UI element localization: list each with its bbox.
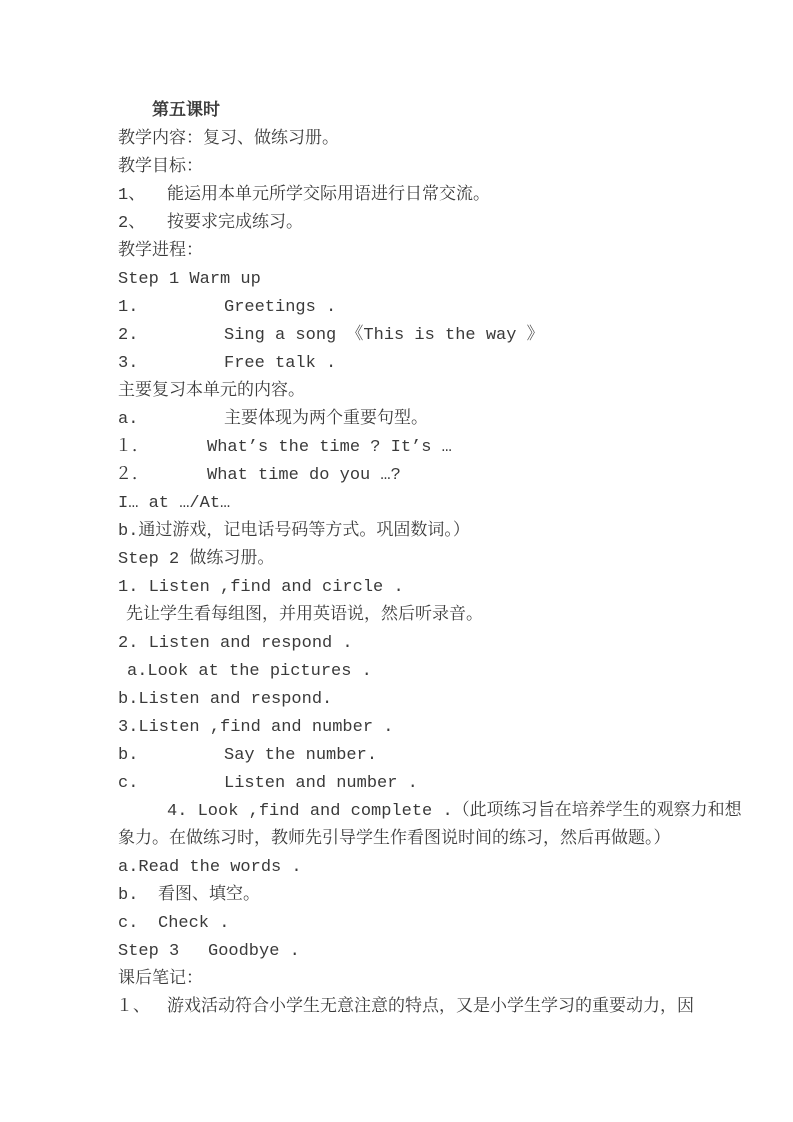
text-segment: 按要求完成练习。 [167,210,303,238]
text-segment: What’s the time ? It’s … [207,434,452,462]
heading-text: 第五课时 [152,98,220,126]
text-segment: b.通过游戏，记电话号码等方式。巩固数词。） [118,518,470,546]
text-segment: ２． [115,462,149,490]
text-segment: Step 3 [118,938,179,966]
text-line: 3.Listen ,find and number . [0,714,793,742]
text-line: 2、按要求完成练习。 [0,210,793,238]
text-segment: 能运用本单元所学交际用语进行日常交流。 [167,182,490,210]
text-segment: 教学内容：复习、做练习册。 [118,126,339,154]
text-line: b.Listen and respond. [0,686,793,714]
text-segment: 4. Look ,find and complete .（此项练习旨在培养学生的… [167,798,742,826]
text-segment: Say the number. [224,742,377,770]
text-line: 教学目标： [0,154,793,182]
text-segment: Listen and number . [224,770,418,798]
text-line: a.主要体现为两个重要句型。 [0,406,793,434]
text-segment: 教学进程： [118,238,203,266]
text-segment: a.Look at the pictures . [127,658,372,686]
text-segment: 先让学生看每组图，并用英语说，然后听录音。 [126,602,483,630]
text-segment: １、 [116,994,150,1022]
text-line: 先让学生看每组图，并用英语说，然后听录音。 [0,602,793,630]
text-line: c.Listen and number . [0,770,793,798]
text-line: 教学内容：复习、做练习册。 [0,126,793,154]
text-segment: b.Listen and respond. [118,686,332,714]
text-line: １．What’s the time ? It’s … [0,434,793,462]
text-line: b.看图、填空。 [0,882,793,910]
document-page: 第五课时教学内容：复习、做练习册。教学目标：1、能运用本单元所学交际用语进行日常… [0,0,793,1122]
text-line: I… at …/At… [0,490,793,518]
text-segment: c. [118,770,138,798]
text-segment: 1. Listen ,find and circle . [118,574,404,602]
text-segment: I… at …/At… [118,490,230,518]
text-line: 1. Listen ,find and circle . [0,574,793,602]
text-segment: 2、 [118,210,145,238]
text-line: 教学进程： [0,238,793,266]
text-line: 课后笔记： [0,966,793,994]
text-line: 象力。在做练习时，教师先引导学生作看图说时间的练习，然后再做题。） [0,826,793,854]
text-line: Step 3Goodbye . [0,938,793,966]
text-line: c.Check . [0,910,793,938]
text-segment: What time do you …? [207,462,401,490]
document-body: 第五课时教学内容：复习、做练习册。教学目标：1、能运用本单元所学交际用语进行日常… [0,0,793,1122]
text-segment: Step 1 Warm up [118,266,261,294]
text-line: 4. Look ,find and complete .（此项练习旨在培养学生的… [0,798,793,826]
document-heading-line: 第五课时 [0,98,793,126]
text-segment: c. [118,910,138,938]
text-segment: 2. Listen and respond . [118,630,353,658]
text-line: 2.Sing a song 《This is the way 》 [0,322,793,350]
text-segment: Free talk . [224,350,336,378]
text-segment: Check . [158,910,229,938]
text-segment: Step 2 做练习册。 [118,546,274,574]
text-segment: 课后笔记： [118,966,203,994]
text-segment: Sing a song 《This is the way 》 [224,322,544,350]
text-segment: 看图、填空。 [158,882,260,910]
text-line: b.通过游戏，记电话号码等方式。巩固数词。） [0,518,793,546]
text-segment: 3. [118,350,138,378]
text-segment: 游戏活动符合小学生无意注意的特点，又是小学生学习的重要动力，因 [167,994,694,1022]
text-line: 主要复习本单元的内容。 [0,378,793,406]
text-line: １、游戏活动符合小学生无意注意的特点，又是小学生学习的重要动力，因 [0,994,793,1022]
text-line: Step 2 做练习册。 [0,546,793,574]
text-segment: 3.Listen ,find and number . [118,714,393,742]
text-segment: 主要复习本单元的内容。 [118,378,305,406]
text-segment: b. [118,742,138,770]
text-line: 2. Listen and respond . [0,630,793,658]
text-line: a.Read the words . [0,854,793,882]
text-segment: 1. [118,294,138,322]
text-segment: 象力。在做练习时，教师先引导学生作看图说时间的练习，然后再做题。） [118,826,671,854]
text-segment: Goodbye . [208,938,300,966]
text-line: a.Look at the pictures . [0,658,793,686]
text-segment: 2. [118,322,138,350]
text-line: 3.Free talk . [0,350,793,378]
text-line: ２．What time do you …? [0,462,793,490]
text-segment: 主要体现为两个重要句型。 [224,406,428,434]
text-segment: a. [118,406,138,434]
text-segment: 教学目标： [118,154,203,182]
text-segment: 1、 [118,182,145,210]
text-line: Step 1 Warm up [0,266,793,294]
text-segment: b. [118,882,138,910]
text-line: b.Say the number. [0,742,793,770]
text-line: 1.Greetings . [0,294,793,322]
text-segment: Greetings . [224,294,336,322]
text-segment: a.Read the words . [118,854,302,882]
text-segment: １． [115,434,149,462]
text-line: 1、能运用本单元所学交际用语进行日常交流。 [0,182,793,210]
